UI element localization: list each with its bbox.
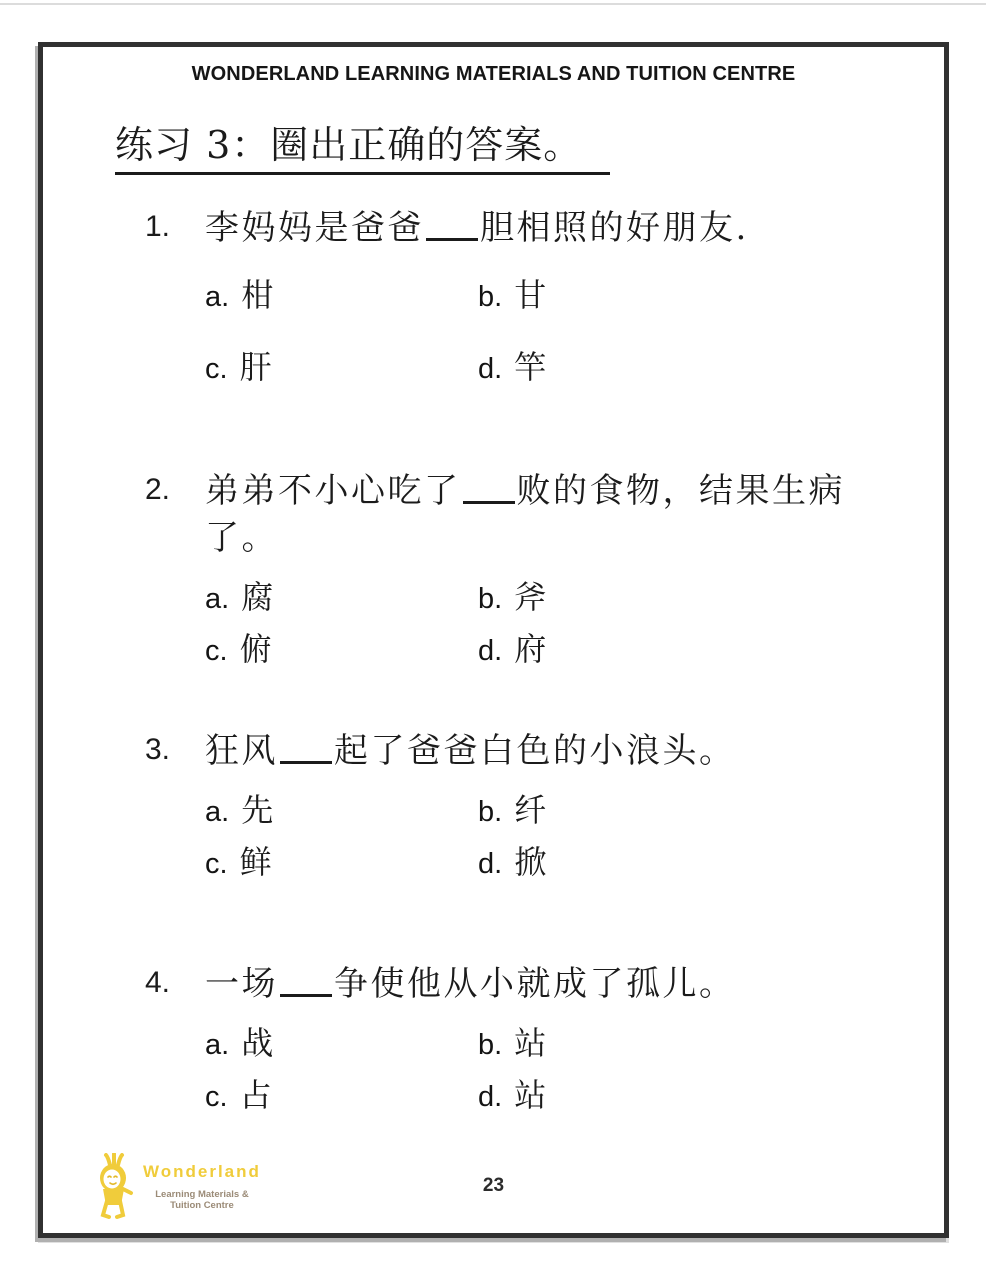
option-character: 占 xyxy=(240,1076,272,1114)
option-letter: c. xyxy=(205,635,228,667)
option-a: a.先 xyxy=(205,785,478,831)
question-number: 2. xyxy=(145,468,205,670)
option-character: 柑 xyxy=(241,276,273,314)
option-letter: a. xyxy=(205,281,229,313)
questions: 1. 李妈妈是爸爸胆相照的好朋友. a.柑b.甘c.肝d.竿 2. 弟弟不小心吃… xyxy=(145,205,944,1116)
question-body: 一场争使他从小就成了孤儿。 a.战b.站c.占d.站 xyxy=(205,961,895,1116)
option-d: d.府 xyxy=(478,624,895,670)
options-grid: a.腐b.斧c.俯d.府 xyxy=(205,572,895,670)
option-letter: d. xyxy=(478,353,502,385)
question-item: 4. 一场争使他从小就成了孤儿。 a.战b.站c.占d.站 xyxy=(145,961,944,1116)
option-letter: c. xyxy=(205,848,228,880)
option-letter: d. xyxy=(478,848,502,880)
option-letter: b. xyxy=(478,1029,502,1061)
options-grid: a.先b.纤c.鲜d.掀 xyxy=(205,785,895,883)
question-text: 一场争使他从小就成了孤儿。 xyxy=(205,961,895,1008)
fill-blank xyxy=(280,994,332,997)
option-character: 战 xyxy=(241,1024,273,1062)
fill-blank xyxy=(463,501,515,504)
options-grid: a.柑b.甘c.肝d.竿 xyxy=(205,270,895,388)
worksheet-page: WONDERLAND LEARNING MATERIALS AND TUITIO… xyxy=(38,42,949,1238)
option-letter: b. xyxy=(478,281,502,313)
option-a: a.战 xyxy=(205,1018,478,1064)
option-character: 甘 xyxy=(514,276,546,314)
option-b: b.纤 xyxy=(478,785,895,831)
option-d: d.掀 xyxy=(478,837,895,883)
option-character: 先 xyxy=(241,791,273,829)
option-character: 竿 xyxy=(514,348,546,386)
question-text: 李妈妈是爸爸胆相照的好朋友. xyxy=(205,205,895,252)
option-letter: a. xyxy=(205,796,229,828)
option-character: 腐 xyxy=(241,578,273,616)
question-item: 1. 李妈妈是爸爸胆相照的好朋友. a.柑b.甘c.肝d.竿 xyxy=(145,205,944,388)
question-text: 弟弟不小心吃了败的食物，结果生病了。 xyxy=(205,468,895,562)
option-character: 肝 xyxy=(240,348,272,386)
option-letter: c. xyxy=(205,353,228,385)
logo-tagline-line2: Tuition Centre xyxy=(143,1200,261,1211)
fill-blank xyxy=(426,238,478,241)
fill-blank xyxy=(280,761,332,764)
option-letter: d. xyxy=(478,1081,502,1113)
option-a: a.柑 xyxy=(205,270,478,316)
option-letter: c. xyxy=(205,1081,228,1113)
option-b: b.甘 xyxy=(478,270,895,316)
option-character: 斧 xyxy=(514,578,546,616)
option-character: 府 xyxy=(514,630,546,668)
option-a: a.腐 xyxy=(205,572,478,618)
option-character: 俯 xyxy=(240,630,272,668)
option-c: c.俯 xyxy=(205,624,478,670)
option-b: b.站 xyxy=(478,1018,895,1064)
options-grid: a.战b.站c.占d.站 xyxy=(205,1018,895,1116)
option-letter: a. xyxy=(205,583,229,615)
option-d: d.竿 xyxy=(478,342,895,388)
worksheet-title: 练习 3：圈出正确的答案。 xyxy=(115,114,610,175)
option-character: 鲜 xyxy=(240,843,272,881)
option-character: 站 xyxy=(514,1024,546,1062)
question-body: 狂风起了爸爸白色的小浪头。 a.先b.纤c.鲜d.掀 xyxy=(205,728,895,883)
page-number: 23 xyxy=(43,1175,944,1197)
option-c: c.占 xyxy=(205,1070,478,1116)
option-b: b.斧 xyxy=(478,572,895,618)
question-body: 弟弟不小心吃了败的食物，结果生病了。 a.腐b.斧c.俯d.府 xyxy=(205,468,895,670)
option-d: d.站 xyxy=(478,1070,895,1116)
option-letter: d. xyxy=(478,635,502,667)
worksheet-title-row: 练习 3：圈出正确的答案。 xyxy=(115,114,944,175)
option-character: 纤 xyxy=(514,791,546,829)
question-item: 3. 狂风起了爸爸白色的小浪头。 a.先b.纤c.鲜d.掀 xyxy=(145,728,944,883)
option-c: c.鲜 xyxy=(205,837,478,883)
option-letter: b. xyxy=(478,796,502,828)
header-title: WONDERLAND LEARNING MATERIALS AND TUITIO… xyxy=(43,63,944,86)
question-number: 4. xyxy=(145,961,205,1116)
question-item: 2. 弟弟不小心吃了败的食物，结果生病了。 a.腐b.斧c.俯d.府 xyxy=(145,468,944,670)
option-character: 掀 xyxy=(514,843,546,881)
photo-top-edge xyxy=(0,3,986,5)
option-letter: a. xyxy=(205,1029,229,1061)
option-character: 站 xyxy=(514,1076,546,1114)
question-number: 3. xyxy=(145,728,205,883)
question-number: 1. xyxy=(145,205,205,388)
option-c: c.肝 xyxy=(205,342,478,388)
question-text: 狂风起了爸爸白色的小浪头。 xyxy=(205,728,895,775)
option-letter: b. xyxy=(478,583,502,615)
question-body: 李妈妈是爸爸胆相照的好朋友. a.柑b.甘c.肝d.竿 xyxy=(205,205,895,388)
